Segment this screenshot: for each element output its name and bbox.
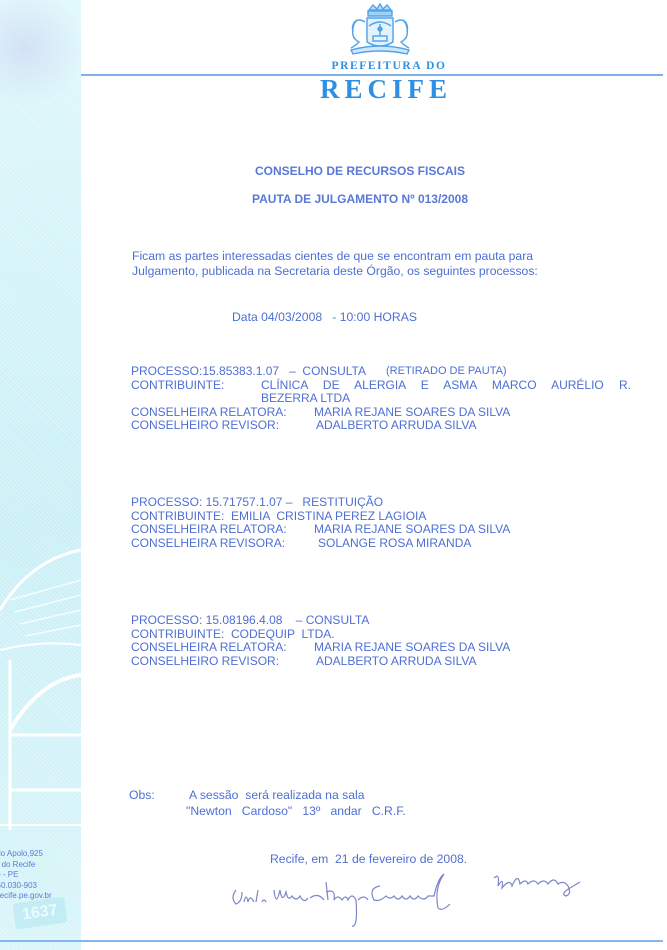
address-line: CEP 50.030-903 bbox=[0, 881, 80, 892]
session-date: Data 04/03/2008 - 10:00 HORAS bbox=[232, 310, 417, 324]
process-entry: PROCESSO:15.85383.1.07 – CONSULTA (RETIR… bbox=[131, 365, 631, 433]
observation-label: Obs: bbox=[129, 788, 155, 803]
address-block: Cais do Apolo,925 Bairro do Recife Recif… bbox=[0, 849, 80, 902]
intro-paragraph: Ficam as partes interessadas cientes de … bbox=[132, 249, 592, 279]
contributor-name: CLÍNICA DE ALERGIA E ASMA MARCO AURÉLIO … bbox=[261, 379, 631, 393]
address-line: Cais do Apolo,925 bbox=[0, 849, 80, 860]
rapporteur-label: CONSELHEIRA RELATORA: bbox=[131, 406, 314, 420]
address-line: Recife - PE bbox=[0, 870, 80, 881]
observation-text: A sessão será realizada na sala bbox=[189, 788, 364, 803]
process-number: PROCESSO:15.85383.1.07 – CONSULTA bbox=[131, 365, 366, 379]
decorative-side-strip: Cais do Apolo,925 Bairro do Recife Recif… bbox=[0, 0, 81, 950]
recife-coat-of-arms-icon bbox=[343, 2, 417, 58]
contributor-name-continued: BEZERRA LTDA bbox=[131, 392, 631, 406]
building-illustration-icon bbox=[0, 540, 81, 660]
reviewer-name: ADALBERTO ARRUDA SILVA bbox=[316, 419, 477, 433]
process-number: PROCESSO: 15.71757.1.07 – RESTITUIÇÃO bbox=[131, 496, 383, 510]
document-subheading: PAUTA DE JULGAMENTO Nº 013/2008 bbox=[200, 192, 520, 206]
document-heading: CONSELHO DE RECURSOS FISCAIS bbox=[200, 164, 520, 178]
process-entry: PROCESSO: 15.08196.4.08 – CONSULTA CONTR… bbox=[131, 614, 631, 668]
rapporteur-label: CONSELHEIRA RELATORA: bbox=[131, 641, 314, 655]
contributor-name: EMILIA CRISTINA PEREZ LAGIOIA bbox=[224, 510, 426, 524]
footer-divider bbox=[0, 940, 663, 942]
reviewer-name: SOLANGE ROSA MIRANDA bbox=[318, 537, 471, 551]
reviewer-label: CONSELHEIRA REVISORA: bbox=[131, 537, 318, 551]
arch-illustration-icon bbox=[0, 660, 81, 830]
rapporteur-name: MARIA REJANE SOARES DA SILVA bbox=[314, 406, 510, 420]
year-emblem: 1637 bbox=[12, 897, 67, 930]
handwritten-initials-icon bbox=[490, 868, 585, 898]
reviewer-name: ADALBERTO ARRUDA SILVA bbox=[316, 655, 477, 669]
reviewer-label: CONSELHEIRO REVISOR: bbox=[131, 419, 316, 433]
brand-subtitle: PREFEITURA DO bbox=[319, 60, 459, 72]
rapporteur-name: MARIA REJANE SOARES DA SILVA bbox=[314, 641, 510, 655]
observation-text-continued: "Newton Cardoso" 13º andar C.R.F. bbox=[186, 804, 486, 819]
contributor-label: CONTRIBUINTE: bbox=[131, 379, 261, 393]
handwritten-signature-icon bbox=[228, 868, 478, 928]
brand-title: RECIFE bbox=[311, 74, 461, 104]
contributor-name: CODEQUIP LTDA. bbox=[224, 628, 334, 642]
rapporteur-name: MARIA REJANE SOARES DA SILVA bbox=[314, 523, 510, 537]
process-number: PROCESSO: 15.08196.4.08 – CONSULTA bbox=[131, 614, 369, 628]
reviewer-label: CONSELHEIRO REVISOR: bbox=[131, 655, 316, 669]
rapporteur-label: CONSELHEIRA RELATORA: bbox=[131, 523, 314, 537]
contributor-label: CONTRIBUINTE: bbox=[131, 628, 224, 642]
process-entry: PROCESSO: 15.71757.1.07 – RESTITUIÇÃO CO… bbox=[131, 496, 631, 550]
process-note: (RETIRADO DE PAUTA) bbox=[386, 365, 507, 379]
contributor-label: CONTRIBUINTE: bbox=[131, 510, 224, 524]
address-line: Bairro do Recife bbox=[0, 860, 80, 871]
place-and-date: Recife, em 21 de fevereiro de 2008. bbox=[270, 852, 467, 866]
